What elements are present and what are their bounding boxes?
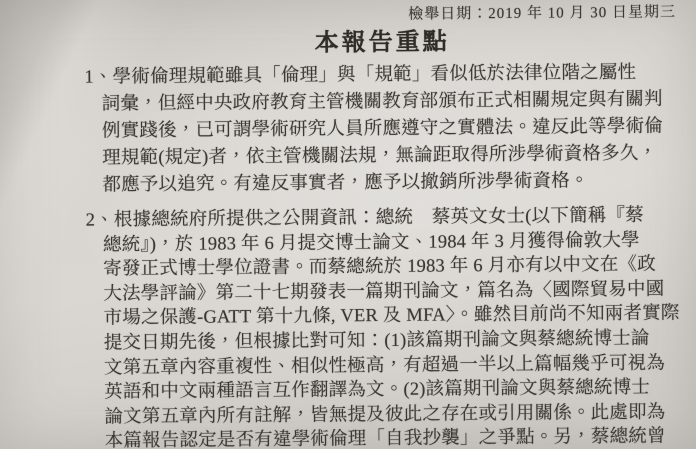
report-title: 本報告重點 [84, 23, 680, 62]
paragraph-1: 1、學術倫理規範雖具「倫理」與「規範」看似低於法律位階之屬性 詞彙，但經中央政府… [84, 59, 681, 199]
report-page: 檢舉日期：2019 年 10 月 30 日星期三 本報告重點 1、學術倫理規範雖… [84, 2, 684, 449]
text-line: 理規範(規定)者，依主管機關法規，無論距取得所涉學術資格多久， [85, 140, 681, 172]
text-line: 都應予以追究。有違反事實者，應予以撤銷所涉學術資格。 [85, 167, 681, 199]
paragraph-2: 2、根據總統府所提供之公開資訊：總統 蔡英文女士(以下簡稱『蔡 總統』)，於 1… [86, 203, 684, 449]
text-line: 本篇報告認定是否有違學術倫理「自我抄襲」之爭點。另，蔡總統曾 [88, 425, 684, 449]
